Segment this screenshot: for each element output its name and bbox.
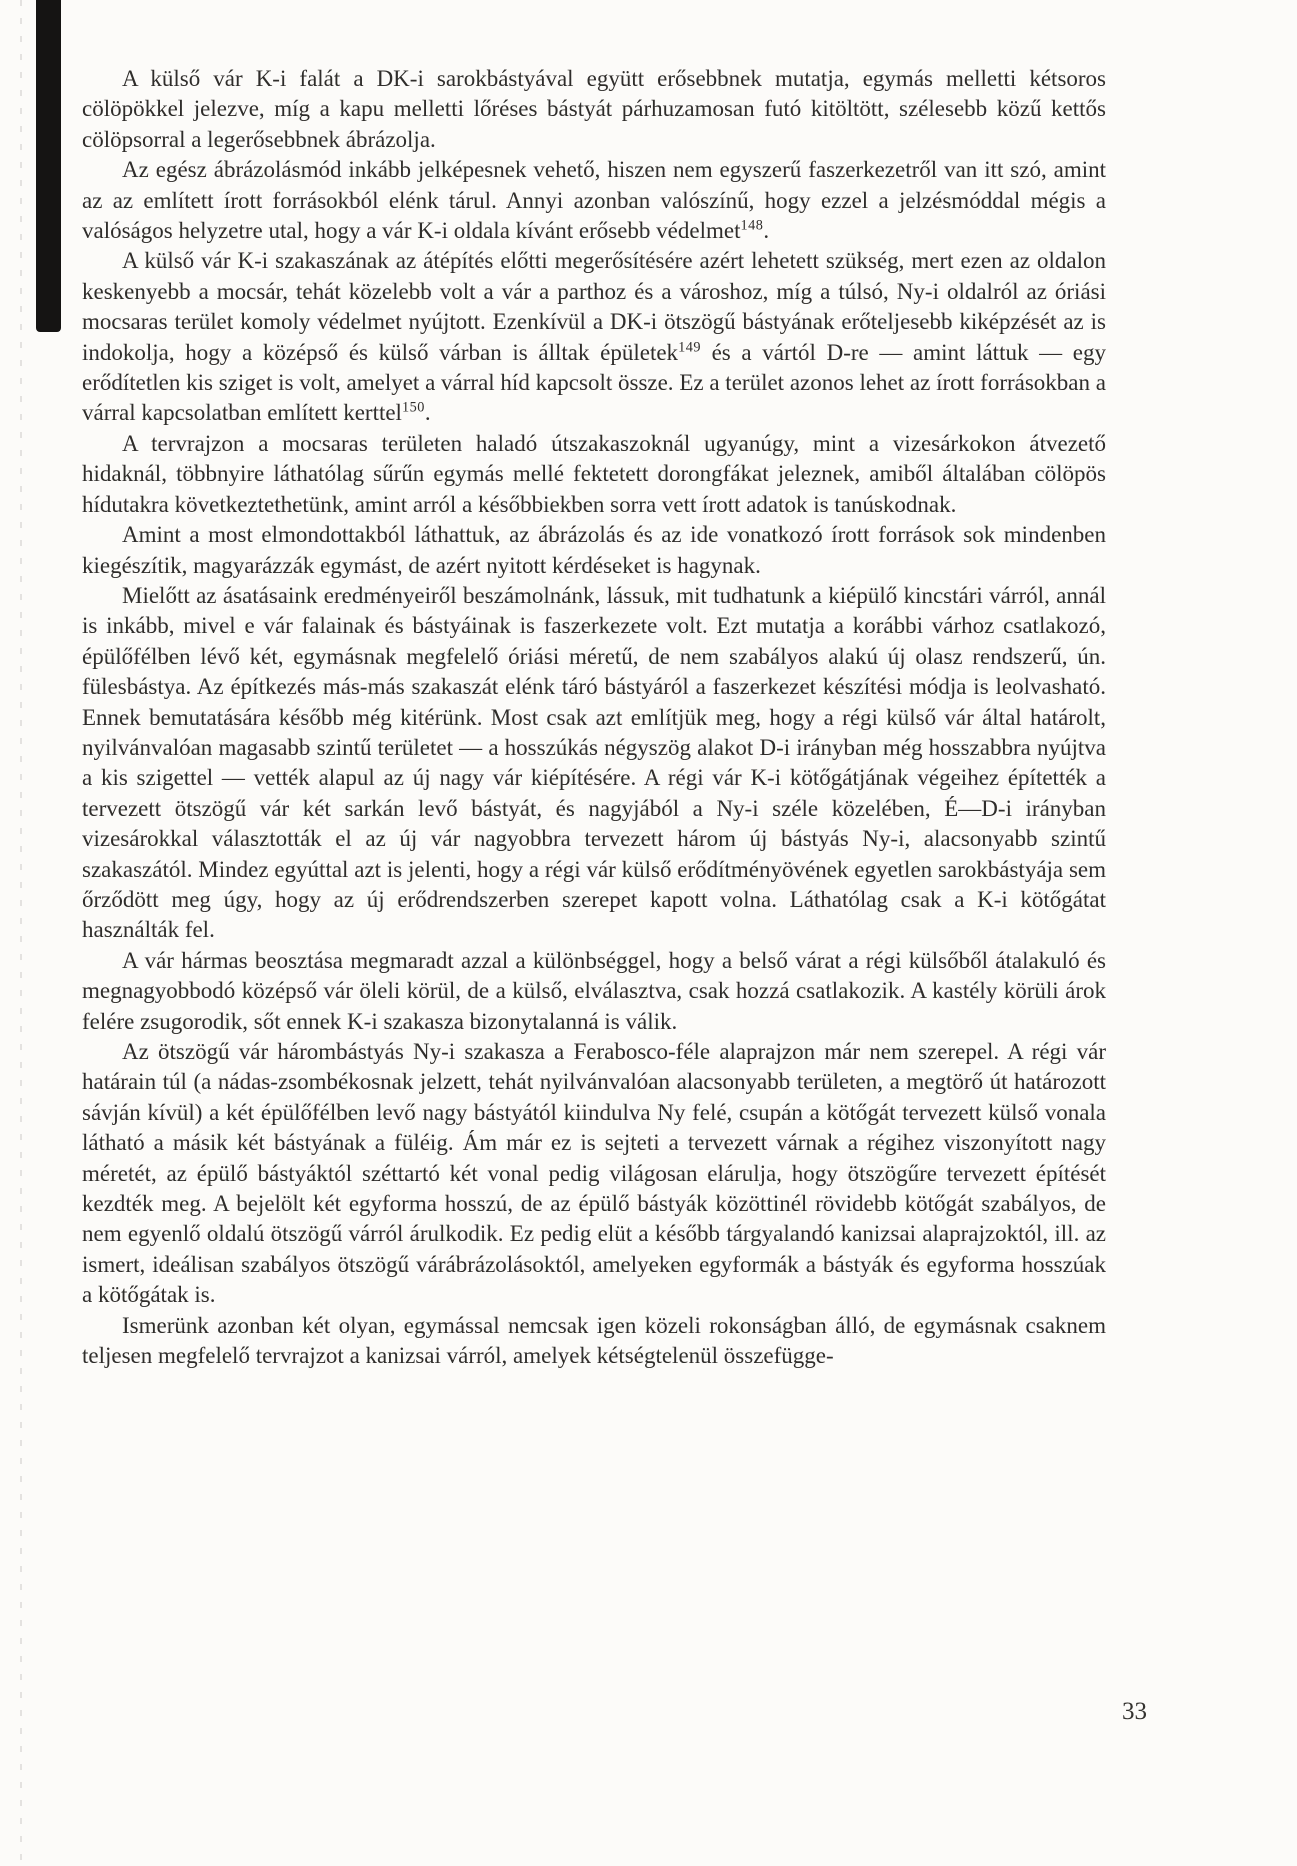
body-text: A külső vár K-i falát a DK-i sarokbástyá… (82, 64, 1106, 1371)
paragraph: A vár hármas beosztása megmaradt azzal a… (82, 946, 1106, 1037)
paragraph: A külső vár K-i szakaszának az átépítés … (82, 246, 1106, 428)
footnote-reference: 148 (740, 217, 763, 233)
paragraph: A külső vár K-i falát a DK-i sarokbástyá… (82, 64, 1106, 155)
paragraph: Amint a most elmondottakból láthattuk, a… (82, 520, 1106, 581)
scan-artifact-binding-line (20, 0, 22, 1866)
paragraph: A tervrajzon a mocsaras területen haladó… (82, 429, 1106, 520)
scan-artifact-bar (36, 0, 61, 332)
footnote-reference: 150 (402, 400, 425, 416)
document-page: A külső vár K-i falát a DK-i sarokbástyá… (0, 0, 1297, 1866)
footnote-reference: 149 (678, 339, 701, 355)
paragraph: Az egész ábrázolásmód inkább jelképesnek… (82, 155, 1106, 246)
paragraph: Mielőtt az ásatásaink eredményeiről besz… (82, 581, 1106, 946)
paragraph: Az ötszögű vár hárombástyás Ny-i szakasz… (82, 1037, 1106, 1311)
paragraph: Ismerünk azonban két olyan, egymással ne… (82, 1311, 1106, 1372)
page-number: 33 (1122, 1698, 1182, 1726)
